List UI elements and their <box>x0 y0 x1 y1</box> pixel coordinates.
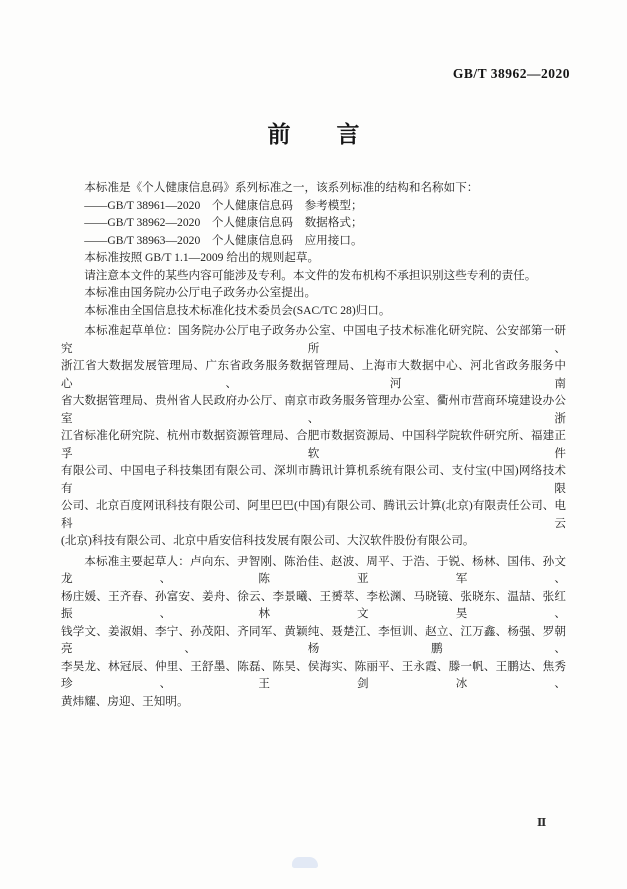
standard-code-header: GB/T 38962—2020 <box>453 66 570 82</box>
page-number: Ⅱ <box>537 816 546 829</box>
page-title: 前 言 <box>0 116 627 149</box>
text-line: ——GB/T 38962—2020 个人健康信息码 数据格式； <box>61 214 566 232</box>
text-line: ——GB/T 38961—2020 个人健康信息码 参考模型； <box>61 197 566 215</box>
text-line: 本标准由国务院办公厅电子政务办公室提出。 <box>61 284 566 302</box>
text-line: 请注意本文件的某些内容可能涉及专利。本文件的发布机构不承担识别这些专利的责任。 <box>61 267 566 285</box>
text-line: (北京)科技有限公司、北京中盾安信科技发展有限公司、大汉软件股份有限公司。 <box>61 532 566 550</box>
text-line: 杨庄媛、王齐春、孙富安、姜舟、徐云、李景曦、王赟萃、李松渊、马晓镜、张晓东、温喆… <box>61 588 566 623</box>
foreword-body: 本标准是《个人健康信息码》系列标准之一，该系列标准的结构和名称如下：——GB/T… <box>61 179 566 710</box>
text-line: 本标准按照 GB/T 1.1—2009 给出的规则起草。 <box>61 249 566 267</box>
text-line: 公司、北京百度网讯科技有限公司、阿里巴巴(中国)有限公司、腾讯云计算(北京)有限… <box>61 497 566 532</box>
text-line: 钱学文、姜淑娟、李宁、孙茂阳、齐同军、黄颖纯、聂楚江、李恒训、赵立、江万鑫、杨强… <box>61 623 566 658</box>
text-line: ——GB/T 38963—2020 个人健康信息码 应用接口。 <box>61 232 566 250</box>
text-line: 本标准主要起草人：卢向东、尹智刚、陈治佳、赵波、周平、于浩、于锐、杨林、国伟、孙… <box>61 553 566 588</box>
text-line: 李昊龙、林冠辰、仲里、王舒墨、陈磊、陈昊、侯海实、陈丽平、王永霞、滕一帆、王鹏达… <box>61 658 566 693</box>
document-page: GB/T 38962—2020 前 言 本标准是《个人健康信息码》系列标准之一，… <box>0 0 627 889</box>
text-line: 黄炜耀、房迎、王知明。 <box>61 693 566 711</box>
text-line: 本标准是《个人健康信息码》系列标准之一，该系列标准的结构和名称如下： <box>61 179 566 197</box>
text-line: 本标准由全国信息技术标准化技术委员会(SAC/TC 28)归口。 <box>61 302 566 320</box>
text-line: 本标准起草单位：国务院办公厅电子政务办公室、中国电子技术标准化研究院、公安部第一… <box>61 322 566 357</box>
text-line: 省大数据管理局、贵州省人民政府办公厅、南京市政务服务管理办公室、衢州市营商环境建… <box>61 392 566 427</box>
text-line: 江省标准化研究院、杭州市数据资源管理局、合肥市数据资源局、中国科学院软件研究所、… <box>61 427 566 462</box>
text-line: 浙江省大数据发展管理局、广东省政务服务数据管理局、上海市大数据中心、河北省政务服… <box>61 357 566 392</box>
text-line: 有限公司、中国电子科技集团有限公司、深圳市腾讯计算机系统有限公司、支付宝(中国)… <box>61 462 566 497</box>
watermark-logo <box>292 857 318 868</box>
